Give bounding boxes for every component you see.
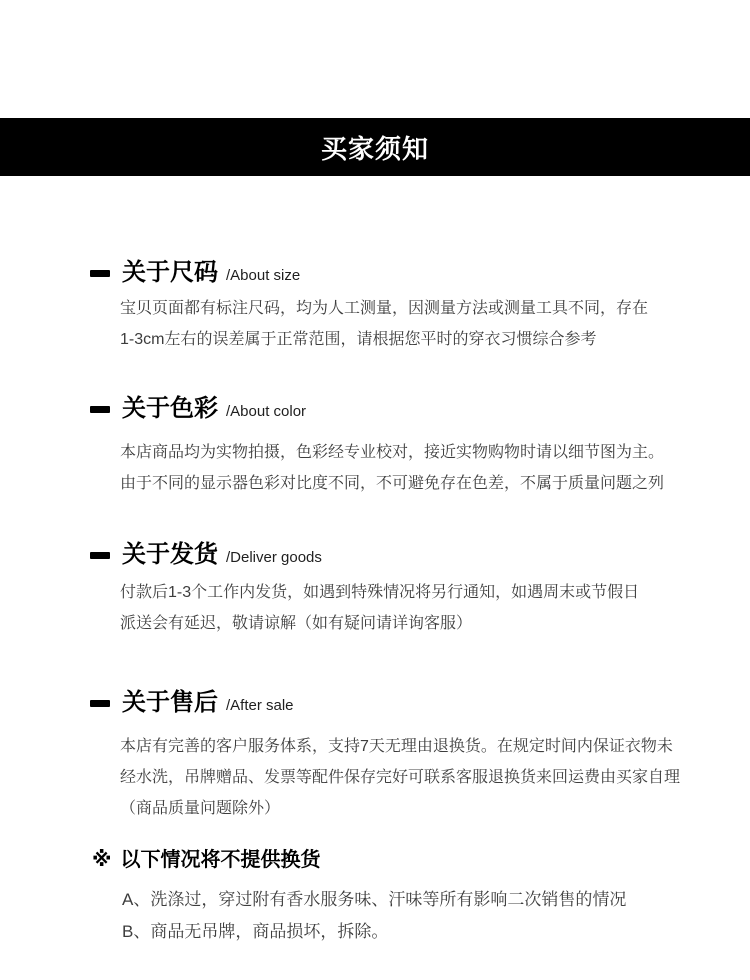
section-body: 本店商品均为实物拍摄，色彩经专业校对，接近实物购物时请以细节图为主。 由于不同的… xyxy=(120,437,680,499)
notice-title: 以下情况将不提供换货 xyxy=(120,846,320,874)
section-title: 关于售后 xyxy=(122,687,218,719)
notice-item: A、洗涤过，穿过附有香水服务味、汗味等所有影响二次销售的情况 xyxy=(122,884,692,916)
body-line: （商品质量问题除外） xyxy=(120,793,680,824)
body-line: 由于不同的显示器色彩对比度不同，不可避免存在色差，不属于质量问题之列 xyxy=(120,468,680,499)
dash-bullet-icon xyxy=(90,270,110,277)
section-subtitle: /After sale xyxy=(226,697,294,714)
body-line: 1-3cm左右的误差属于正常范围，请根据您平时的穿衣习惯综合参考 xyxy=(120,324,680,355)
section-title: 关于色彩 xyxy=(122,393,218,425)
notice-item: B、商品无吊牌，商品损坏，拆除。 xyxy=(122,916,692,948)
section-header: 关于尺码 /About size xyxy=(90,257,680,289)
body-line: 经水洗，吊牌赠品、发票等配件保存完好可联系客服退换货来回运费由买家自理 xyxy=(120,762,680,793)
section-body: 本店有完善的客户服务体系，支持7天无理由退换货。在规定时间内保证衣物未 经水洗，… xyxy=(120,731,680,824)
section-subtitle: /About color xyxy=(226,403,306,420)
dash-bullet-icon xyxy=(90,552,110,559)
section-body: 宝贝页面都有标注尺码，均为人工测量，因测量方法或测量工具不同，存在 1-3cm左… xyxy=(120,293,680,355)
notice-items: A、洗涤过，穿过附有香水服务味、汗味等所有影响二次销售的情况 B、商品无吊牌，商… xyxy=(122,884,692,948)
body-line: 付款后1-3个工作内发货，如遇到特殊情况将另行通知，如遇周末或节假日 xyxy=(120,577,680,608)
body-line: 本店有完善的客户服务体系，支持7天无理由退换货。在规定时间内保证衣物未 xyxy=(120,731,680,762)
section-title: 关于发货 xyxy=(122,539,218,571)
section-about-size: 关于尺码 /About size 宝贝页面都有标注尺码，均为人工测量，因测量方法… xyxy=(90,257,680,355)
body-line: 本店商品均为实物拍摄，色彩经专业校对，接近实物购物时请以细节图为主。 xyxy=(120,437,680,468)
section-title: 关于尺码 xyxy=(122,257,218,289)
section-subtitle: /About size xyxy=(226,267,300,284)
section-header: 关于售后 /After sale xyxy=(90,687,680,719)
body-line: 宝贝页面都有标注尺码，均为人工测量，因测量方法或测量工具不同，存在 xyxy=(120,293,680,324)
section-about-color: 关于色彩 /About color 本店商品均为实物拍摄，色彩经专业校对，接近实… xyxy=(90,393,680,499)
section-body: 付款后1-3个工作内发货，如遇到特殊情况将另行通知，如遇周末或节假日 派送会有延… xyxy=(120,577,680,639)
section-header: 关于发货 /Deliver goods xyxy=(90,539,680,571)
section-after-sale: 关于售后 /After sale 本店有完善的客户服务体系，支持7天无理由退换货… xyxy=(90,687,680,824)
section-header: 关于色彩 /About color xyxy=(90,393,680,425)
buyer-notice-page: 买家须知 关于尺码 /About size 宝贝页面都有标注尺码，均为人工测量，… xyxy=(0,0,750,980)
section-subtitle: /Deliver goods xyxy=(226,549,322,566)
dash-bullet-icon xyxy=(90,700,110,707)
section-deliver-goods: 关于发货 /Deliver goods 付款后1-3个工作内发货，如遇到特殊情况… xyxy=(90,539,680,639)
dash-bullet-icon xyxy=(90,406,110,413)
page-title: 买家须知 xyxy=(321,129,429,166)
no-exchange-notice: ※ 以下情况将不提供换货 A、洗涤过，穿过附有香水服务味、汗味等所有影响二次销售… xyxy=(92,846,692,948)
body-line: 派送会有延迟，敬请谅解（如有疑问请详询客服） xyxy=(120,608,680,639)
reference-mark-icon: ※ xyxy=(92,847,111,872)
notice-header: ※ 以下情况将不提供换货 xyxy=(92,846,692,874)
header-bar: 买家须知 xyxy=(0,118,750,176)
